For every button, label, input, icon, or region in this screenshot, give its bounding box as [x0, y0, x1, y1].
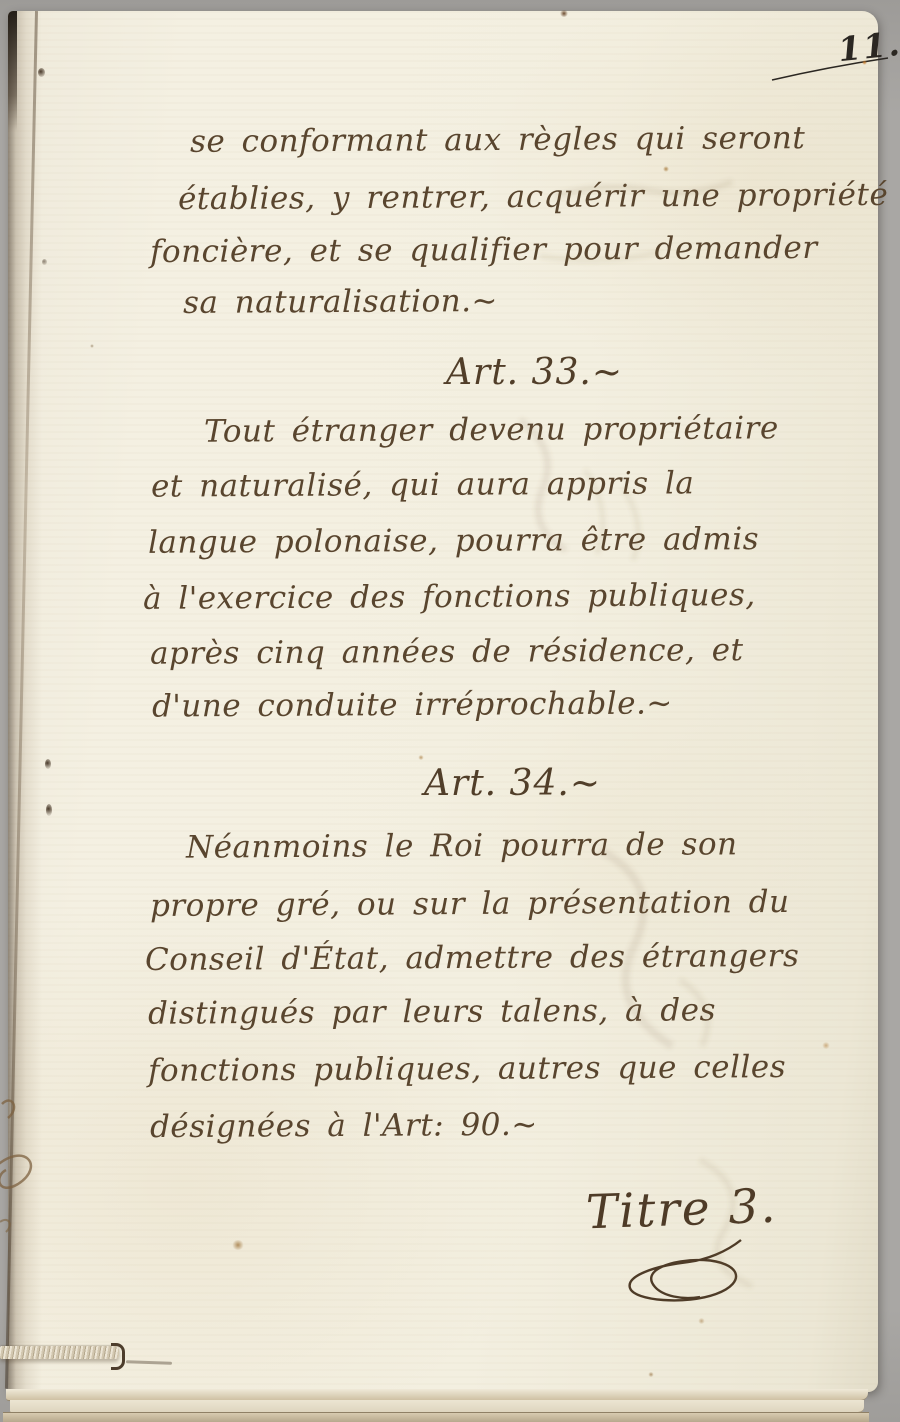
- binding-stain: [45, 759, 51, 769]
- manuscript-line: d'une conduite irréprochable.~: [152, 685, 673, 724]
- article-heading: Art. 33.~: [446, 352, 623, 393]
- manuscript-line: à l'exercice des fonctions publiques,: [143, 577, 756, 617]
- manuscript-line: fonctions publiques, autres que celles: [148, 1049, 786, 1089]
- manuscript-line: langue polonaise, pourra être admis: [148, 521, 759, 561]
- manuscript-line: établies, y rentrer, acquérir une propri…: [178, 177, 888, 217]
- binding-gutter-shadow: [8, 11, 42, 1392]
- manuscript-line: se conformant aux règles qui seront: [190, 120, 805, 160]
- binding-stain: [38, 68, 45, 77]
- manuscript-line: Néanmoins le Roi pourra de son: [186, 826, 738, 865]
- binding-cord: [0, 1346, 119, 1359]
- binding-cord-end: [111, 1343, 125, 1370]
- manuscript-line: propre gré, ou sur la présentation du: [150, 884, 790, 924]
- article-heading: Art. 34.~: [424, 763, 601, 804]
- manuscript-line: et naturalisé, qui aura appris la: [151, 465, 695, 504]
- manuscript-line: après cinq années de résidence, et: [150, 632, 744, 672]
- binding-stain: [42, 259, 47, 265]
- manuscript-line: désignées à l'Art: 90.~: [150, 1107, 538, 1145]
- manuscript-line: sa naturalisation.~: [183, 283, 498, 321]
- manuscript-line: Conseil d'État, admettre des étrangers: [145, 938, 800, 978]
- page-stack-edge: [3, 1412, 869, 1422]
- manuscript-line: foncière, et se qualifier pour demander: [150, 230, 818, 270]
- manuscript-line: Tout étranger devenu propriétaire: [204, 410, 779, 450]
- manuscript-line: distingués par leurs talens, à des: [148, 992, 716, 1031]
- scanned-manuscript: 11. se conformant aux règles qui seront …: [0, 0, 900, 1422]
- binding-edge-dark: [8, 11, 17, 131]
- page-number: 11.: [836, 24, 900, 69]
- binding-stain: [46, 804, 52, 816]
- section-title: Titre 3.: [585, 1179, 778, 1241]
